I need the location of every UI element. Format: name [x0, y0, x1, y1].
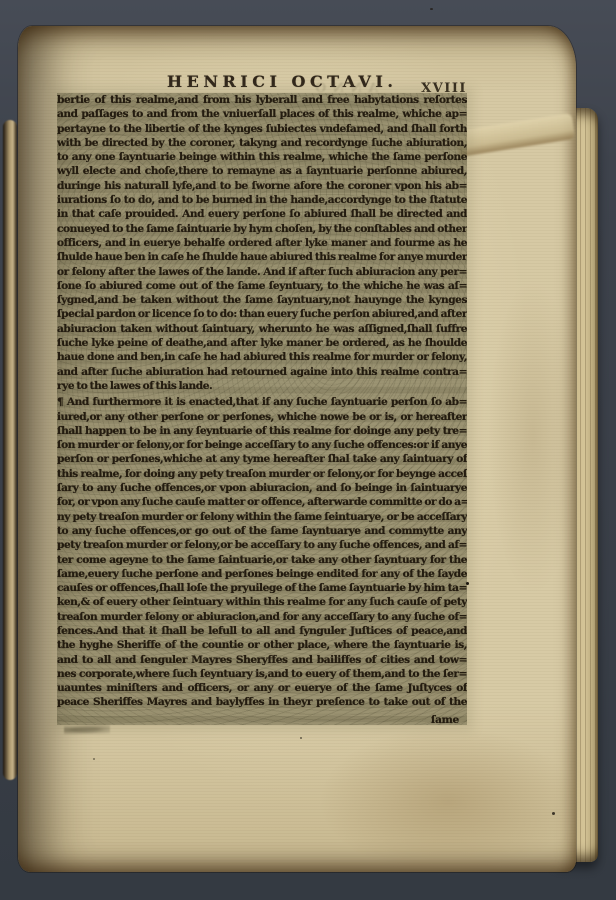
text-line: ny pety treaſon murder or felony within …	[57, 510, 467, 524]
text-line: rye to the lawes of this lande.	[57, 379, 467, 393]
paragraph-2: ¶ And furthermore it is enacted,that if …	[57, 395, 467, 710]
dust-speck	[246, 142, 249, 145]
text-line: ſon murder or felony,or for beinge acceſ…	[57, 438, 467, 452]
ink-smudge	[64, 724, 110, 736]
text-line: to any one ſayntuarie beinge within this…	[57, 150, 467, 164]
text-line: treaſon murder felony or abiuracion,and …	[57, 610, 467, 624]
paper-stain	[318, 726, 578, 876]
page-corner-curl	[455, 113, 576, 157]
opposite-leaf-edge	[3, 120, 17, 780]
text-line: uauntes miniſters and officers, or any o…	[57, 681, 467, 695]
text-line: or felony after the lawes of the lande. …	[57, 265, 467, 279]
text-line: pertayne to the libertie of the kynges ſ…	[57, 122, 467, 136]
text-line: haue done and ben,in caſe he had abiured…	[57, 350, 467, 364]
photo-background: ANNO HENRICI OCTAVI. XVIII bertie of thi…	[0, 0, 616, 900]
text-line: cauſes or offences,ſhall loſe the pryuil…	[57, 581, 467, 595]
text-line: bertie of this realme,and from his lyber…	[57, 93, 467, 107]
text-line: ſame,euery ſuche perſone and perſones be…	[57, 567, 467, 581]
dust-speck	[300, 737, 302, 739]
text-line: ſone ſo abiured come out of the ſame ſey…	[57, 279, 467, 293]
text-line: perſon or perſones,whiche at any tyme he…	[57, 452, 467, 466]
paragraph-1: bertie of this realme,and from his lyber…	[57, 93, 467, 393]
text-line: and after ſuche abiuration had retourned…	[57, 365, 467, 379]
text-line: ſygned,and be taken without the ſame ſay…	[57, 293, 467, 307]
text-line: the hyghe Sheriffe of the countie or oth…	[57, 638, 467, 652]
text-block: bertie of this realme,and from his lyber…	[57, 93, 467, 725]
text-line: fences.And that it ſhall be lefull to al…	[57, 624, 467, 638]
text-line: this realme, for doing any pety treaſon …	[57, 467, 467, 481]
text-line: abiuracion taken without ſaintuary, wher…	[57, 322, 467, 336]
text-line: nes corporate,where ſuch ſeyntuary is,an…	[57, 667, 467, 681]
running-title: HENRICI OCTAVI.	[167, 72, 397, 91]
text-line: ſhulde haue ben in caſe he ſhulde haue a…	[57, 250, 467, 264]
text-line: ſuche lyke peine of deathe,and after lyk…	[57, 336, 467, 350]
text-line: ken,& of euery other ſeintuary within th…	[57, 595, 467, 609]
dust-speck	[93, 758, 95, 760]
dust-speck	[466, 582, 469, 585]
text-line: ¶ And furthermore it is enacted,that if …	[57, 395, 467, 409]
text-line: iurations ſo to do, and to be burned in …	[57, 193, 467, 207]
text-line: iured,or any other perſone or perſones, …	[57, 410, 467, 424]
text-line: with be directed by the coroner, takyng …	[57, 136, 467, 150]
text-line: and paſſages to and from the vniuerſall …	[57, 107, 467, 121]
catchword: ſame	[431, 714, 459, 726]
text-line: peace Sheriffes Mayres and baylyffes in …	[57, 695, 467, 709]
text-line: officers, and in euerye behalfe ordered …	[57, 236, 467, 250]
dust-speck	[552, 812, 555, 815]
text-line: pety treaſon murder or felony,or be acce…	[57, 538, 467, 552]
paper-stain	[488, 276, 578, 596]
text-line: wyll electe and choſe,there to remayne a…	[57, 164, 467, 178]
text-line: ſpecial pardon or licence ſo to do: than…	[57, 307, 467, 321]
text-line: ſhall happen to be in any ſeyntuarie of …	[57, 424, 467, 438]
text-line: ſary to any ſuche offences,or vpon abiur…	[57, 481, 467, 495]
text-line: in that caſe prouided. And euery perſone…	[57, 207, 467, 221]
text-line: for, or vpon any ſuche cauſe matter or o…	[57, 495, 467, 509]
text-line: and to all and ſenguler Mayres Sheryffes…	[57, 653, 467, 667]
catchword-row: ſame	[57, 710, 467, 725]
text-line: ter come ageyne to the ſame ſaintuarie,o…	[57, 553, 467, 567]
dust-speck	[430, 8, 433, 10]
text-line: to any ſuche offences,or go out of the ſ…	[57, 524, 467, 538]
text-line: duringe his naturall lyfe,and to be ſwor…	[57, 179, 467, 193]
text-line: conueyed to the ſame ſaintuarie by hym c…	[57, 222, 467, 236]
